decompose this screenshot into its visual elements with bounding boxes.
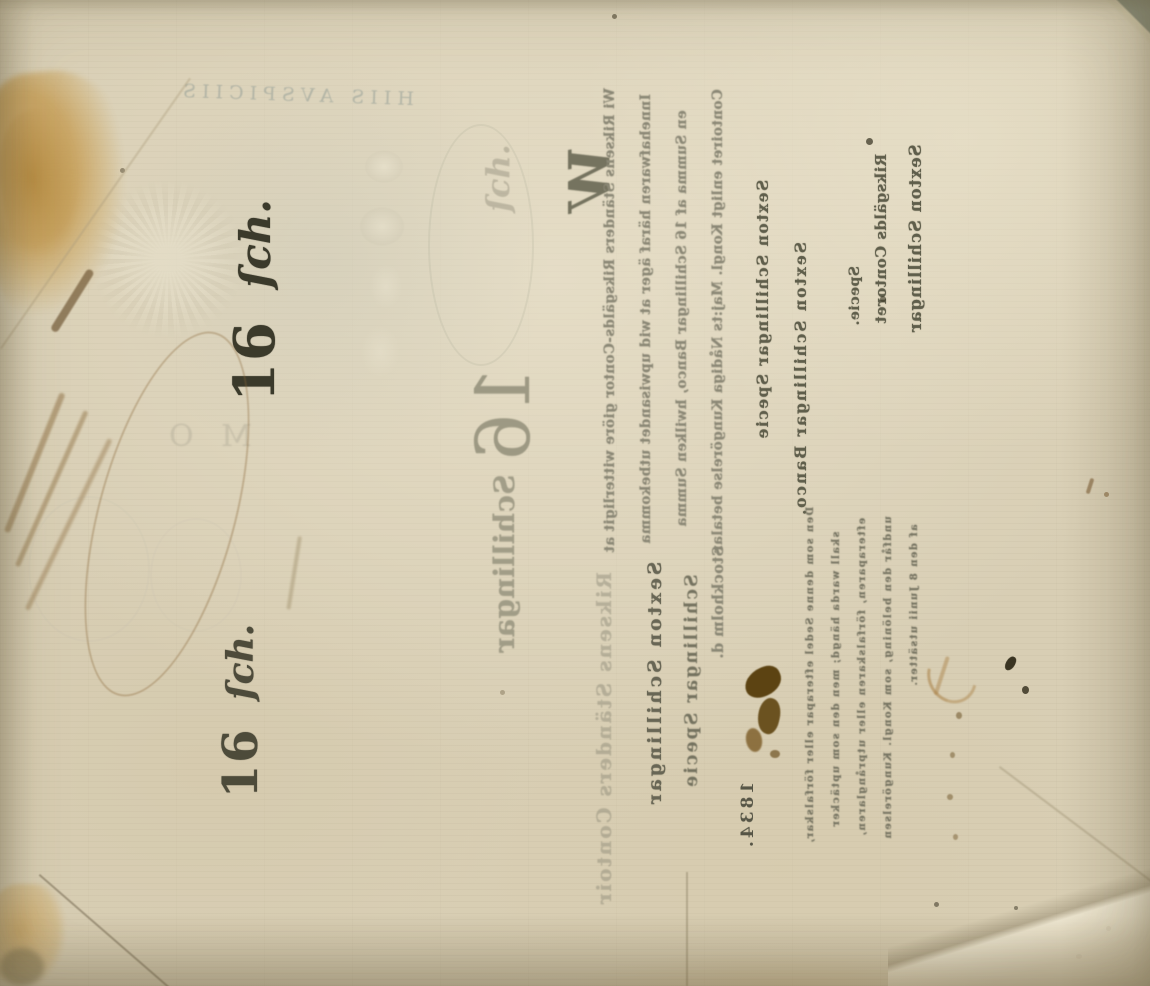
paragraph-line-3: en Summa af 16 Schillingar Banco, hwilke… [664,150,700,488]
small-print-3-text: efteraparen, förfalskaren eller utprångl… [857,517,868,836]
paragraph-line-3-text: en Summa af 16 Schillingar Banco, hwilke… [674,111,690,528]
banknote-back-sheet: HIIS AVSPICIIS M O 16 ſch. 16 ſch. ſch. … [0,0,1150,986]
small-print-2-text: skall warda hängd; men den som uptäcker [831,532,842,828]
paragraph-line-4: Contoiret enligt Kongl. Maj:ts Nådiga Ku… [700,150,736,492]
small-print-4-text: undfår den belöning, som Kongl. Kungörel… [883,516,894,840]
small-print-line-1: Den som denne Sedel efterapar eller förf… [798,440,822,910]
display-lower-faint-text: Riksens Ständers Contoir [592,572,616,906]
small-print-5-text: af den 8 Junii utsätter. [909,525,920,688]
speck-trail-1 [956,712,962,719]
display-lower-1-text: Sexton Schillingar [645,561,666,806]
stamp-sch-faint: ſch. [462,130,534,226]
value-large-content: 16 Schillingar [461,367,547,654]
heading-line-3: Specie. [840,252,870,340]
ink-squiggle [918,642,987,713]
ink-blotch-1 [740,661,786,702]
small-print-1-text: Den som denne Sedel efterapar eller förf… [805,506,816,843]
display-caps-1-text: Sexton Schillingar Specie [753,180,772,440]
paragraph-line-1: Wi Riksens Ständers Riksgälds-Contor giö… [592,150,628,492]
value-large-line: 16 Schillingar [463,336,545,684]
stamp-upper-script: ſch. [231,199,280,288]
paragraph-line-2-text: Innehafwaren häraf äger at wid upwisande… [638,94,654,544]
speck-trail-2 [950,752,955,758]
stamp-16sch-lower: 16 ſch. [196,610,286,812]
dark-speck-2 [1022,686,1029,694]
stamp-lower-script: ſch. [220,624,262,700]
small-print-line-5: af den 8 Junii utsätter. [902,456,926,756]
stamp-faint-script: ſch. [479,144,517,212]
small-print-line-3: efteraparen, förfalskaren eller utprångl… [850,444,874,910]
date-year-text: 1834. [738,782,758,850]
small-print-line-2: skall warda hängd; men den som uptäcker [824,450,848,910]
shade-bottom-warm [560,930,1020,986]
display-lower-2-text: Schillingar Specie [682,575,702,790]
speck-b [866,138,873,145]
speck-a [612,14,617,19]
date-place-text: Stockholm d. [710,546,727,659]
paragraph-line-4-text: Contoiret enligt Kongl. Maj:ts Nådiga Ku… [710,89,726,553]
display-lower-faint: Riksens Ständers Contoir [582,496,626,982]
speck-i [500,690,505,695]
date-place-line: Stockholm d. [702,498,734,706]
display-lower-1: Sexton Schillingar [636,498,674,870]
heading-line-3-text: Specie. [847,266,863,326]
handwriting-j-mark [286,536,302,610]
emblem-arc-text: HIIS AVSPICIIS [158,76,434,114]
speck-trail-3 [947,794,953,800]
speck-trail-4 [953,834,958,840]
date-year-line: 1834. [730,770,766,862]
small-print-line-4: undfår den belöning, som Kongl. Kungörel… [876,450,900,906]
emblem-figure-column [336,134,432,406]
paragraph-line-1-text: Wi Riksens Ständers Riksgälds-Contor giö… [602,89,618,554]
value-large-number: 16 [461,367,547,461]
speck-c [880,296,886,302]
shade-top-edge [0,0,1150,12]
paragraph-line-2: Innehafwaren häraf äger at wid upwisande… [628,150,664,488]
display-caps-line-1: Sexton Schillingar Specie [742,146,782,474]
heading-line-1: Sexton Schillingar [894,138,936,340]
heading-line-1-text: Sexton Schillingar [906,145,925,334]
shade-left-edge [0,0,34,986]
ink-blotch-4 [770,750,780,758]
stamp-lower-number: 16 [213,727,269,798]
value-large-word: Schillingar [488,475,521,654]
emblem-arc-label: HIIS AVSPICIIS [177,80,415,110]
shade-right-band [1060,0,1150,986]
dark-speck-1 [1003,655,1018,672]
